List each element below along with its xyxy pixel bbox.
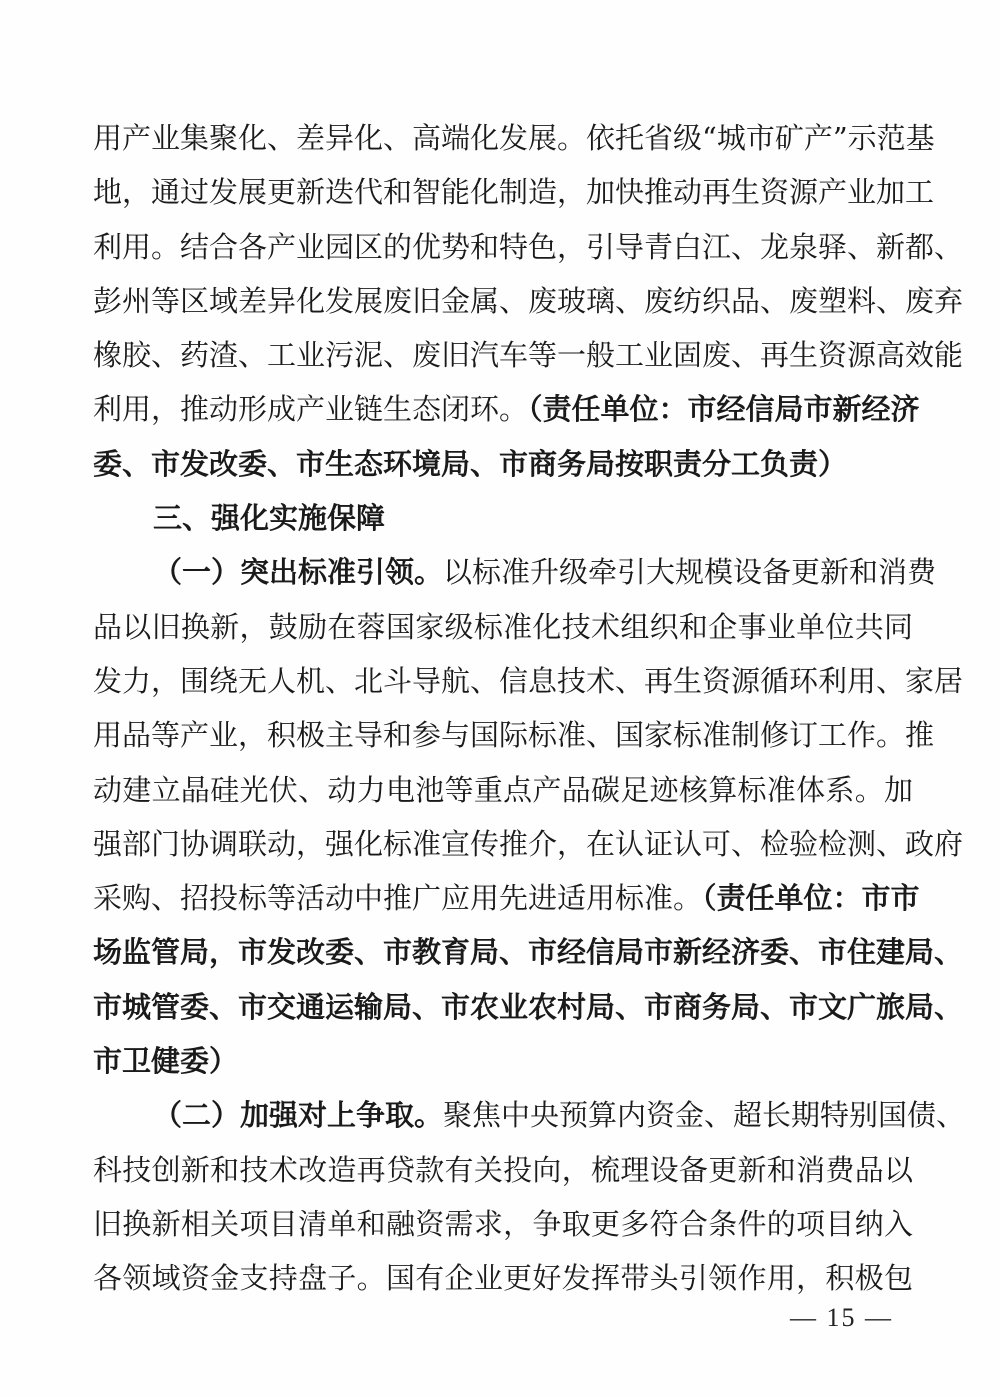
text-line: 地，通过发展更新迭代和智能化制造，加快推动再生资源产业加工 [93, 165, 913, 219]
section-heading: 三、强化实施保障 [93, 491, 913, 545]
text-line: 场监管局，市发改委、市教育局、市经信局市新经济委、市住建局、 [93, 925, 913, 979]
text-line: 彭州等区域差异化发展废旧金属、废玻璃、废纺织品、废塑料、废弃 [93, 274, 913, 328]
text-line: 橡胶、药渣、工业污泥、废旧汽车等一般工业固废、再生资源高效能 [93, 328, 913, 382]
document-page: 用产业集聚化、差异化、高端化发展。依托省级“城市矿产”示范基 地，通过发展更新迭… [0, 0, 1000, 1398]
responsible-unit-text: （责任单位：市经信局市新经济 [528, 392, 920, 426]
text-segment: 动建立晶硅光伏、动力电池等重点产品碳足迹核算标准体系。加 [93, 773, 913, 807]
text-line: 用品等产业，积极主导和参与国际标准、国家标准制修订工作。推 [93, 708, 913, 762]
text-line: 市卫健委） [93, 1034, 913, 1088]
text-line: 发力，围绕无人机、北斗导航、信息技术、再生资源循环利用、家居 [93, 654, 913, 708]
page-number: — 15 — [790, 1303, 893, 1333]
responsible-unit-text: 市城管委、市交通运输局、市农业农村局、市商务局、市文广旅局、 [93, 990, 963, 1024]
responsible-unit-text: 场监管局，市发改委、市教育局、市经信局市新经济委、市住建局、 [93, 935, 963, 969]
text-segment: 旧换新相关项目清单和融资需求，争取更多符合条件的项目纳入 [93, 1207, 913, 1241]
text-segment: 采购、招投标等活动中推广应用先进适用标准。 [93, 881, 702, 915]
text-segment: 各领域资金支持盘子。国有企业更好发挥带头引领作用，积极包 [93, 1261, 913, 1295]
subsection-title: （一）突出标准引领。 [153, 555, 443, 589]
text-line: 利用。结合各产业园区的优势和特色，引导青白江、龙泉驿、新都、 [93, 220, 913, 274]
text-line: 科技创新和技术改造再贷款有关投向，梳理设备更新和消费品以 [93, 1143, 913, 1197]
text-segment: 发力，围绕无人机、北斗导航、信息技术、再生资源循环利用、家居 [93, 664, 963, 698]
text-line: 旧换新相关项目清单和融资需求，争取更多符合条件的项目纳入 [93, 1197, 913, 1251]
text-line: 采购、招投标等活动中推广应用先进适用标准。（责任单位：市市 [93, 871, 913, 925]
text-segment: 以标准升级牵引大规模设备更新和消费 [443, 555, 936, 589]
text-segment: 用品等产业，积极主导和参与国际标准、国家标准制修订工作。推 [93, 718, 934, 752]
text-line: （一）突出标准引领。以标准升级牵引大规模设备更新和消费 [93, 545, 913, 599]
text-segment: 橡胶、药渣、工业污泥、废旧汽车等一般工业固废、再生资源高效能 [93, 338, 963, 372]
text-segment: 科技创新和技术改造再贷款有关投向，梳理设备更新和消费品以 [93, 1153, 913, 1187]
text-line: 市城管委、市交通运输局、市农业农村局、市商务局、市文广旅局、 [93, 980, 913, 1034]
text-line: 用产业集聚化、差异化、高端化发展。依托省级“城市矿产”示范基 [93, 111, 913, 165]
text-line: （二）加强对上争取。聚焦中央预算内资金、超长期特别国债、 [93, 1088, 913, 1142]
text-segment: 聚焦中央预算内资金、超长期特别国债、 [443, 1098, 965, 1132]
text-line: 强部门协调联动，强化标准宣传推介，在认证认可、检验检测、政府 [93, 817, 913, 871]
responsible-unit-text: 委、市发改委、市生态环境局、市商务局按职责分工负责） [93, 447, 847, 481]
text-segment: 强部门协调联动，强化标准宣传推介，在认证认可、检验检测、政府 [93, 827, 963, 861]
text-line: 利用，推动形成产业链生态闭环。（责任单位：市经信局市新经济 [93, 382, 913, 436]
text-line: 各领域资金支持盘子。国有企业更好发挥带头引领作用，积极包 [93, 1251, 913, 1305]
text-line: 品以旧换新，鼓励在蓉国家级标准化技术组织和企事业单位共同 [93, 600, 913, 654]
text-line: 动建立晶硅光伏、动力电池等重点产品碳足迹核算标准体系。加 [93, 763, 913, 817]
subsection-title: （二）加强对上争取。 [153, 1098, 443, 1132]
section-heading-text: 三、强化实施保障 [153, 501, 385, 535]
text-segment: 品以旧换新，鼓励在蓉国家级标准化技术组织和企事业单位共同 [93, 610, 913, 644]
text-line: 委、市发改委、市生态环境局、市商务局按职责分工负责） [93, 437, 913, 491]
text-segment: 利用，推动形成产业链生态闭环。 [93, 392, 528, 426]
text-segment: 用产业集聚化、差异化、高端化发展。依托省级“城市矿产”示范基 [93, 121, 935, 155]
responsible-unit-text: 市卫健委） [93, 1044, 238, 1078]
text-segment: 利用。结合各产业园区的优势和特色，引导青白江、龙泉驿、新都、 [93, 230, 963, 264]
text-segment: 地，通过发展更新迭代和智能化制造，加快推动再生资源产业加工 [93, 175, 934, 209]
responsible-unit-text: （责任单位：市市 [702, 881, 920, 915]
text-segment: 彭州等区域差异化发展废旧金属、废玻璃、废纺织品、废塑料、废弃 [93, 284, 963, 318]
body-text: 用产业集聚化、差异化、高端化发展。依托省级“城市矿产”示范基 地，通过发展更新迭… [93, 111, 913, 1306]
